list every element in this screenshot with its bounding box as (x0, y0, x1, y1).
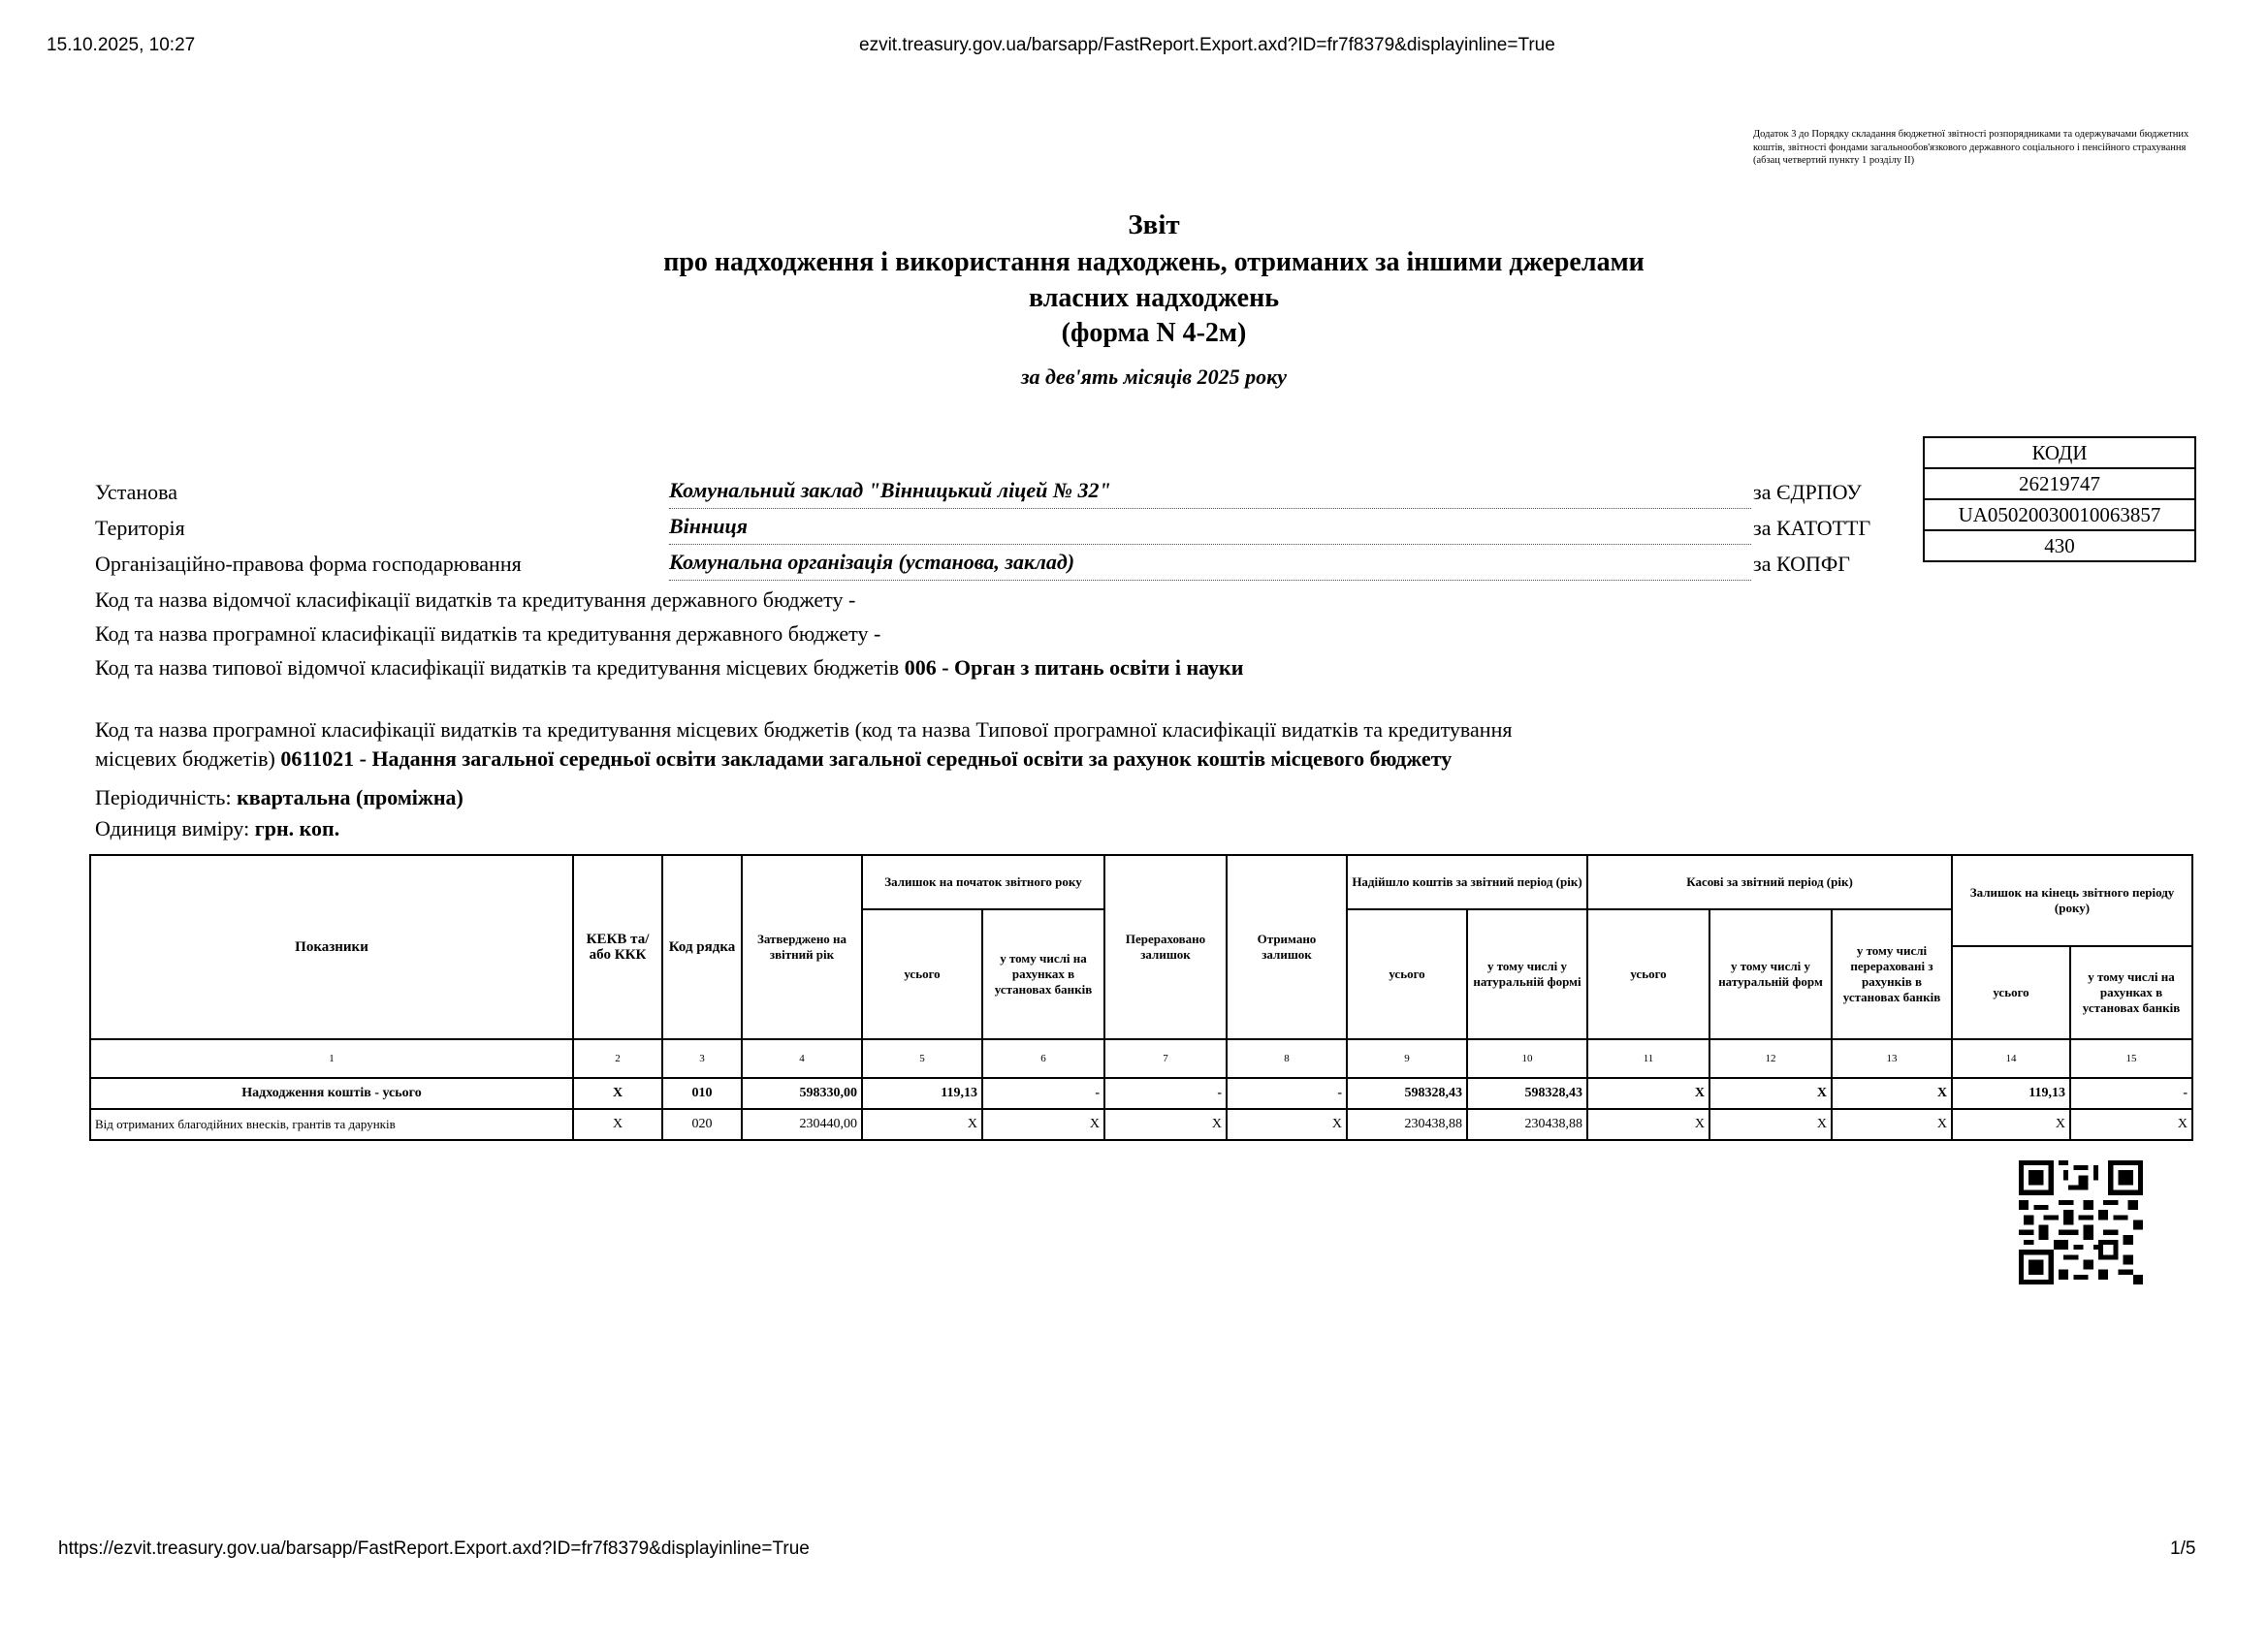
territory-value: Вінниця (669, 514, 748, 539)
print-datetime: 15.10.2025, 10:27 (47, 35, 195, 56)
column-number: 2 (573, 1039, 662, 1078)
form-number: (форма N 4-2м) (543, 318, 1765, 349)
row-cash-transferred: X (1832, 1109, 1952, 1140)
col-start-banks-header: у тому числі на рахунках в установах бан… (982, 909, 1104, 1039)
col-income-total-header: усього (1347, 909, 1467, 1039)
row-end-total: 119,13 (1952, 1078, 2070, 1109)
col-end-banks-header: у тому числі на рахунках в установах бан… (2070, 946, 2192, 1039)
codes-header: КОДИ (1924, 437, 2195, 468)
qr-code-icon (2019, 1160, 2143, 1284)
row-cash-total: X (1587, 1078, 1709, 1109)
row-start-banks: - (982, 1078, 1104, 1109)
row-end-total: X (1952, 1109, 2070, 1140)
col-income-header: Надійшло коштів за звітний період (рік) (1347, 855, 1587, 909)
col-received-balance-header: Отримано залишок (1227, 855, 1347, 1039)
row-cash-natural: X (1709, 1078, 1832, 1109)
unit-label: Одиниця виміру: (95, 816, 249, 840)
divider (669, 580, 1751, 581)
edrpou-label: за ЄДРПОУ (1753, 480, 1862, 505)
col-cash-header: Касові за звітний період (рік) (1587, 855, 1952, 909)
appendix-note: Додаток 3 до Порядку складання бюджетної… (1753, 128, 2199, 168)
typical-dept-class-label: Код та назва типової відомчої класифікац… (95, 655, 899, 680)
prog-class-local-value: 0611021 - Надання загальної середньої ос… (280, 746, 1452, 771)
prog-class-state: Код та назва програмної класифікації вид… (95, 621, 880, 647)
report-table: Показники КЕКВ та/або ККК Код рядка Затв… (89, 854, 2193, 1141)
periodicity-value: квартальна (проміжна) (237, 785, 463, 809)
column-number: 6 (982, 1039, 1104, 1078)
col-end-total-header: усього (1952, 946, 2070, 1039)
institution-label: Установа (95, 480, 177, 505)
footer-url: https://ezvit.treasury.gov.ua/barsapp/Fa… (58, 1538, 810, 1560)
col-approved-header: Затверджено на звітний рік (742, 855, 862, 1039)
table-row: Від отриманих благодійних внесків, грант… (90, 1109, 2192, 1140)
row-start-total: 119,13 (862, 1078, 982, 1109)
col-cash-transferred-header: у тому числі перераховані з рахунків в у… (1832, 909, 1952, 1039)
institution-value: Комунальний заклад "Вінницький ліцей № 3… (669, 478, 1111, 503)
divider (669, 544, 1751, 545)
column-number: 11 (1587, 1039, 1709, 1078)
row-income-total: 598328,43 (1347, 1078, 1467, 1109)
codes-table: КОДИ 26219747 UA05020030010063857 430 (1923, 436, 2196, 562)
column-number: 13 (1832, 1039, 1952, 1078)
column-numbers-row: 1 2 3 4 5 6 7 8 9 10 11 12 13 14 15 (90, 1039, 2192, 1078)
column-number: 1 (90, 1039, 573, 1078)
row-received: - (1227, 1078, 1347, 1109)
legal-form-value: Комунальна організація (установа, заклад… (669, 550, 1074, 575)
territory-label: Територія (95, 516, 185, 541)
row-transferred: - (1104, 1078, 1227, 1109)
unit-value: грн. коп. (255, 816, 339, 840)
prog-class-local-label-2: місцевих бюджетів) (95, 746, 275, 771)
print-header-url: ezvit.treasury.gov.ua/barsapp/FastReport… (859, 35, 1555, 56)
edrpou-code: 26219747 (1924, 468, 2195, 499)
row-cash-transferred: X (1832, 1078, 1952, 1109)
column-number: 14 (1952, 1039, 2070, 1078)
prog-class-local: місцевих бюджетів) 0611021 - Надання заг… (95, 746, 1452, 772)
col-start-total-header: усього (862, 909, 982, 1039)
divider (669, 508, 1751, 509)
typical-dept-class: Код та назва типової відомчої класифікац… (95, 655, 1243, 681)
row-income-total: 230438,88 (1347, 1109, 1467, 1140)
col-cash-natural-header: у тому числі у натуральній форм (1709, 909, 1832, 1039)
column-number: 12 (1709, 1039, 1832, 1078)
col-indicators-header: Показники (90, 855, 573, 1039)
row-code: 020 (662, 1109, 742, 1140)
col-cash-total-header: усього (1587, 909, 1709, 1039)
row-approved: 230440,00 (742, 1109, 862, 1140)
column-number: 3 (662, 1039, 742, 1078)
row-end-banks: X (2070, 1109, 2192, 1140)
periodicity: Періодичність: квартальна (проміжна) (95, 785, 463, 810)
col-end-balance-header: Залишок на кінець звітного періоду (року… (1952, 855, 2192, 946)
katottg-label: за КАТОТТГ (1753, 516, 1870, 541)
column-number: 9 (1347, 1039, 1467, 1078)
row-cash-natural: X (1709, 1109, 1832, 1140)
unit: Одиниця виміру: грн. коп. (95, 816, 339, 841)
column-number: 4 (742, 1039, 862, 1078)
row-cash-total: X (1587, 1109, 1709, 1140)
report-subtitle-line1: про надходження і використання надходжен… (543, 247, 1765, 278)
row-name: Надходження коштів - усього (90, 1078, 573, 1109)
report-subtitle-line2: власних надходжень (543, 283, 1765, 314)
col-income-natural-header: у тому числі у натуральній формі (1467, 909, 1587, 1039)
row-end-banks: - (2070, 1078, 2192, 1109)
col-start-balance-header: Залишок на початок звітного року (862, 855, 1104, 909)
row-name: Від отриманих благодійних внесків, грант… (90, 1109, 573, 1140)
row-code: 010 (662, 1078, 742, 1109)
kopfg-label: за КОПФГ (1753, 552, 1850, 577)
dept-class-state: Код та назва відомчої класифікації видат… (95, 587, 855, 613)
column-number: 15 (2070, 1039, 2192, 1078)
row-received: X (1227, 1109, 1347, 1140)
periodicity-label: Періодичність: (95, 785, 232, 809)
row-start-banks: X (982, 1109, 1104, 1140)
report-title: Звіт (543, 209, 1765, 241)
col-row-code-header: Код рядка (662, 855, 742, 1039)
column-number: 7 (1104, 1039, 1227, 1078)
legal-form-label: Організаційно-правова форма господарюван… (95, 552, 522, 577)
report-period: за дев'ять місяців 2025 року (543, 364, 1765, 390)
kopfg-code: 430 (1924, 530, 2195, 561)
row-income-natural: 598328,43 (1467, 1078, 1587, 1109)
column-number: 8 (1227, 1039, 1347, 1078)
row-kekv: X (573, 1078, 662, 1109)
katottg-code: UA05020030010063857 (1924, 499, 2195, 530)
row-approved: 598330,00 (742, 1078, 862, 1109)
column-number: 5 (862, 1039, 982, 1078)
column-number: 10 (1467, 1039, 1587, 1078)
col-kekv-header: КЕКВ та/або ККК (573, 855, 662, 1039)
row-income-natural: 230438,88 (1467, 1109, 1587, 1140)
col-transferred-header: Перераховано залишок (1104, 855, 1227, 1039)
row-transferred: X (1104, 1109, 1227, 1140)
typical-dept-class-value: 006 - Орган з питань освіти і науки (905, 655, 1244, 680)
table-row: Надходження коштів - усього X 010 598330… (90, 1078, 2192, 1109)
prog-class-local-label: Код та назва програмної класифікації вид… (95, 717, 1512, 743)
row-kekv: X (573, 1109, 662, 1140)
page-number: 1/5 (2170, 1538, 2195, 1560)
row-start-total: X (862, 1109, 982, 1140)
